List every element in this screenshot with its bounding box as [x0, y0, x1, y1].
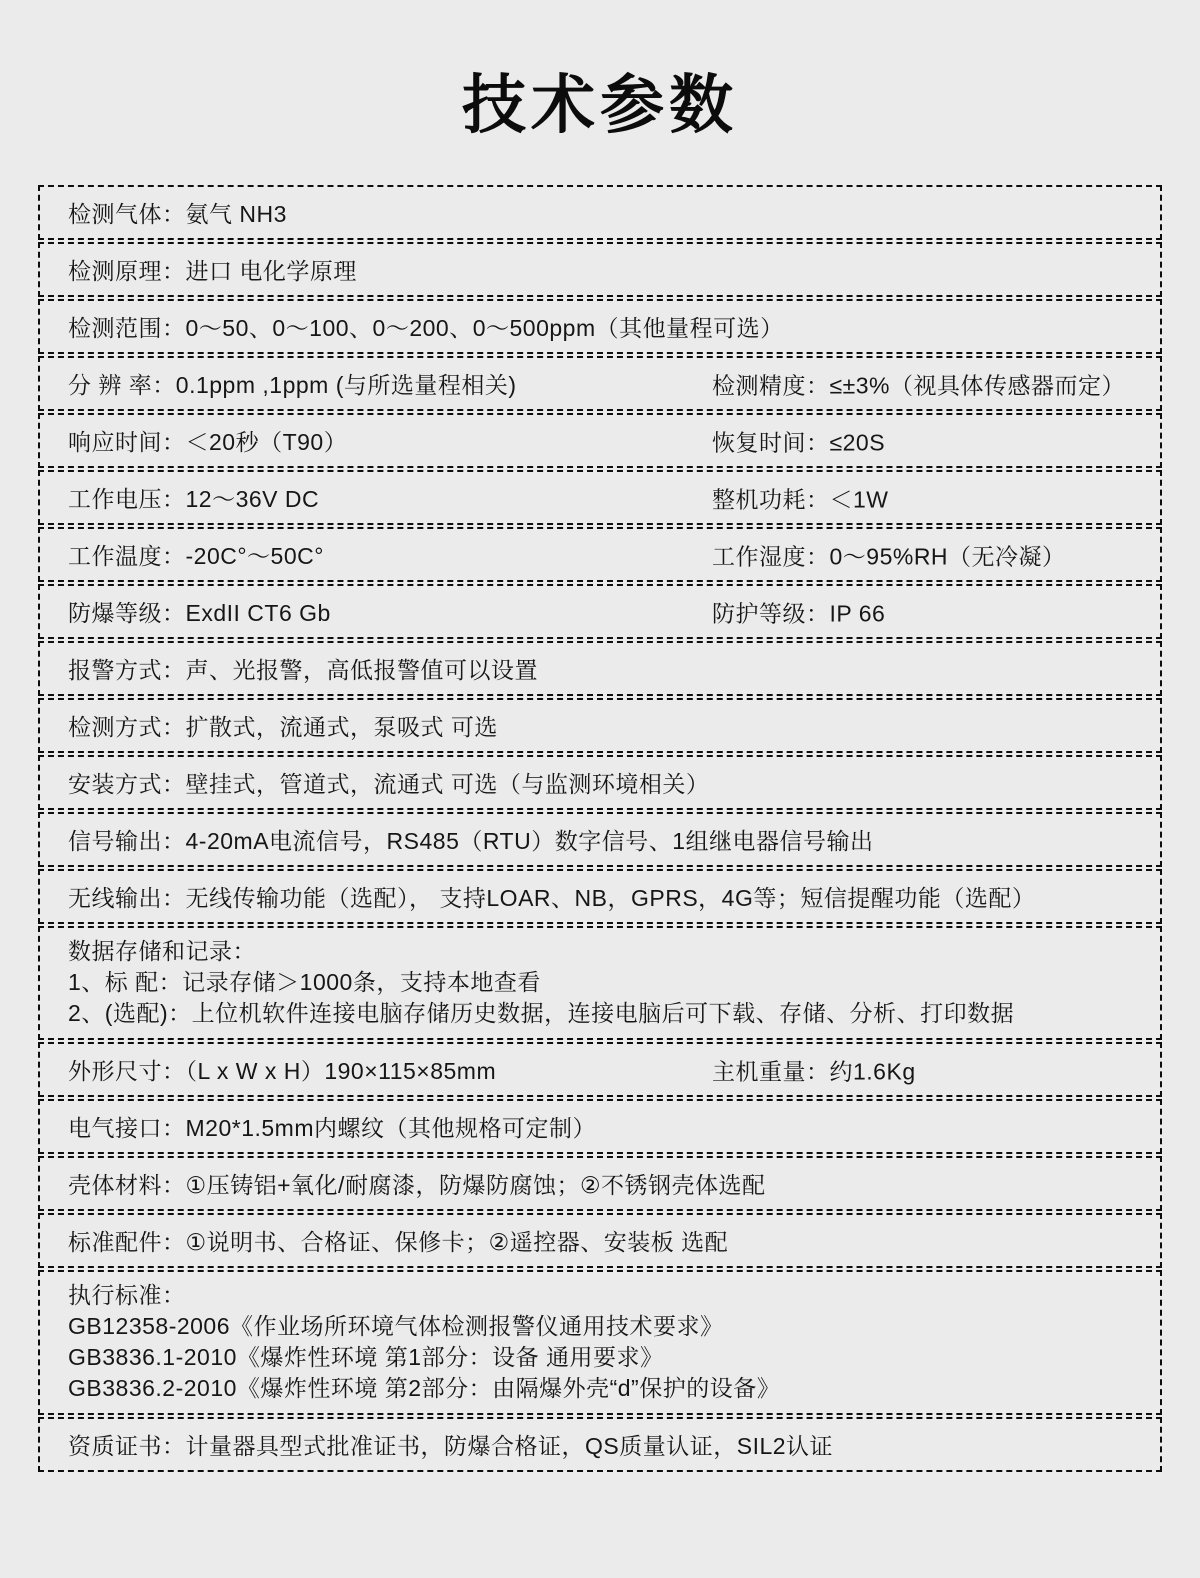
spec-cell-left: 资质证书：计量器具型式批准证书，防爆合格证，QS质量认证，SIL2认证: [68, 1428, 833, 1461]
spec-cell-left: 检测范围：0～50、0～100、0～200、0～500ppm（其他量程可选）: [68, 310, 784, 343]
spec-row: 壳体材料：①压铸铝+氧化/耐腐漆，防爆防腐蚀；②不锈钢壳体选配: [38, 1156, 1162, 1211]
spec-cell-right: 整机功耗：＜1W: [712, 481, 889, 514]
spec-cell-left: 外形尺寸：（L x W x H）190×115×85mm: [68, 1053, 496, 1086]
page-title: 技术参数: [0, 0, 1200, 139]
spec-row: 无线输出：无线传输功能（选配）， 支持LOAR、NB，GPRS，4G等；短信提醒…: [38, 869, 1162, 924]
spec-row: 检测方式：扩散式，流通式，泵吸式 可选: [38, 698, 1162, 753]
spec-row: 电气接口：M20*1.5mm内螺纹（其他规格可定制）: [38, 1099, 1162, 1154]
spec-cell-left: 响应时间：＜20秒（T90）: [68, 424, 347, 457]
spec-cell-left: 安装方式：壁挂式，管道式，流通式 可选（与监测环境相关）: [68, 766, 709, 799]
spec-cell-left: 工作电压：12～36V DC: [68, 481, 319, 514]
spec-cell-right: 防护等级：IP 66: [712, 595, 885, 628]
spec-row: 安装方式：壁挂式，管道式，流通式 可选（与监测环境相关）: [38, 755, 1162, 810]
spec-row: 报警方式：声、光报警，高低报警值可以设置: [38, 641, 1162, 696]
spec-row: 外形尺寸：（L x W x H）190×115×85mm主机重量：约1.6Kg: [38, 1042, 1162, 1097]
spec-cell-left: 检测方式：扩散式，流通式，泵吸式 可选: [68, 709, 498, 742]
spec-cell-left: 分 辨 率：0.1ppm ,1ppm (与所选量程相关): [68, 367, 517, 400]
spec-cell-left: 电气接口：M20*1.5mm内螺纹（其他规格可定制）: [68, 1110, 596, 1143]
spec-row: 分 辨 率：0.1ppm ,1ppm (与所选量程相关)检测精度：≤±3%（视具…: [38, 356, 1162, 411]
spec-row: 执行标准：GB12358-2006《作业场所环境气体检测报警仪通用技术要求》GB…: [38, 1270, 1162, 1415]
spec-cell-left: 无线输出：无线传输功能（选配）， 支持LOAR、NB，GPRS，4G等；短信提醒…: [68, 880, 1035, 913]
spec-line: 数据存储和记录：: [68, 936, 1160, 967]
spec-line: 1、标 配：记录存储＞1000条，支持本地查看: [68, 967, 1160, 998]
spec-row: 标准配件：①说明书、合格证、保修卡；②遥控器、安装板 选配: [38, 1213, 1162, 1268]
spec-cell-left: 工作温度：-20C°～50C°: [68, 538, 324, 571]
spec-line: 2、(选配)：上位机软件连接电脑存储历史数据，连接电脑后可下载、存储、分析、打印…: [68, 998, 1160, 1029]
spec-cell-right: 工作湿度：0～95%RH（无冷凝）: [712, 538, 1066, 571]
spec-cell-left: 信号输出：4-20mA电流信号，RS485（RTU）数字信号、1组继电器信号输出: [68, 823, 874, 856]
spec-line: GB3836.1-2010《爆炸性环境 第1部分：设备 通用要求》: [68, 1342, 1160, 1373]
spec-cell-right: 检测精度：≤±3%（视具体传感器而定）: [712, 367, 1125, 400]
spec-row: 工作温度：-20C°～50C°工作湿度：0～95%RH（无冷凝）: [38, 527, 1162, 582]
spec-row: 检测原理：进口 电化学原理: [38, 242, 1162, 297]
spec-row: 响应时间：＜20秒（T90）恢复时间：≤20S: [38, 413, 1162, 468]
spec-line: GB12358-2006《作业场所环境气体检测报警仪通用技术要求》: [68, 1311, 1160, 1342]
spec-row: 防爆等级：ExdII CT6 Gb防护等级：IP 66: [38, 584, 1162, 639]
spec-row: 检测范围：0～50、0～100、0～200、0～500ppm（其他量程可选）: [38, 299, 1162, 354]
spec-cell-left: 报警方式：声、光报警，高低报警值可以设置: [68, 652, 538, 685]
spec-row: 检测气体：氨气 NH3: [38, 185, 1162, 240]
spec-cell-left: 检测原理：进口 电化学原理: [68, 253, 357, 286]
spec-cell-right: 主机重量：约1.6Kg: [712, 1053, 916, 1086]
spec-cell-left: 检测气体：氨气 NH3: [68, 196, 287, 229]
spec-table: 检测气体：氨气 NH3检测原理：进口 电化学原理检测范围：0～50、0～100、…: [38, 185, 1162, 1472]
spec-cell-left: 标准配件：①说明书、合格证、保修卡；②遥控器、安装板 选配: [68, 1224, 728, 1257]
spec-row: 数据存储和记录：1、标 配：记录存储＞1000条，支持本地查看2、(选配)：上位…: [38, 926, 1162, 1040]
spec-cell-right: 恢复时间：≤20S: [712, 424, 885, 457]
spec-line: 执行标准：: [68, 1280, 1160, 1311]
spec-row: 信号输出：4-20mA电流信号，RS485（RTU）数字信号、1组继电器信号输出: [38, 812, 1162, 867]
spec-line: GB3836.2-2010《爆炸性环境 第2部分：由隔爆外壳“d”保护的设备》: [68, 1373, 1160, 1404]
spec-cell-left: 壳体材料：①压铸铝+氧化/耐腐漆，防爆防腐蚀；②不锈钢壳体选配: [68, 1167, 766, 1200]
spec-cell-left: 防爆等级：ExdII CT6 Gb: [68, 595, 331, 628]
spec-row: 资质证书：计量器具型式批准证书，防爆合格证，QS质量认证，SIL2认证: [38, 1417, 1162, 1472]
spec-row: 工作电压：12～36V DC整机功耗：＜1W: [38, 470, 1162, 525]
